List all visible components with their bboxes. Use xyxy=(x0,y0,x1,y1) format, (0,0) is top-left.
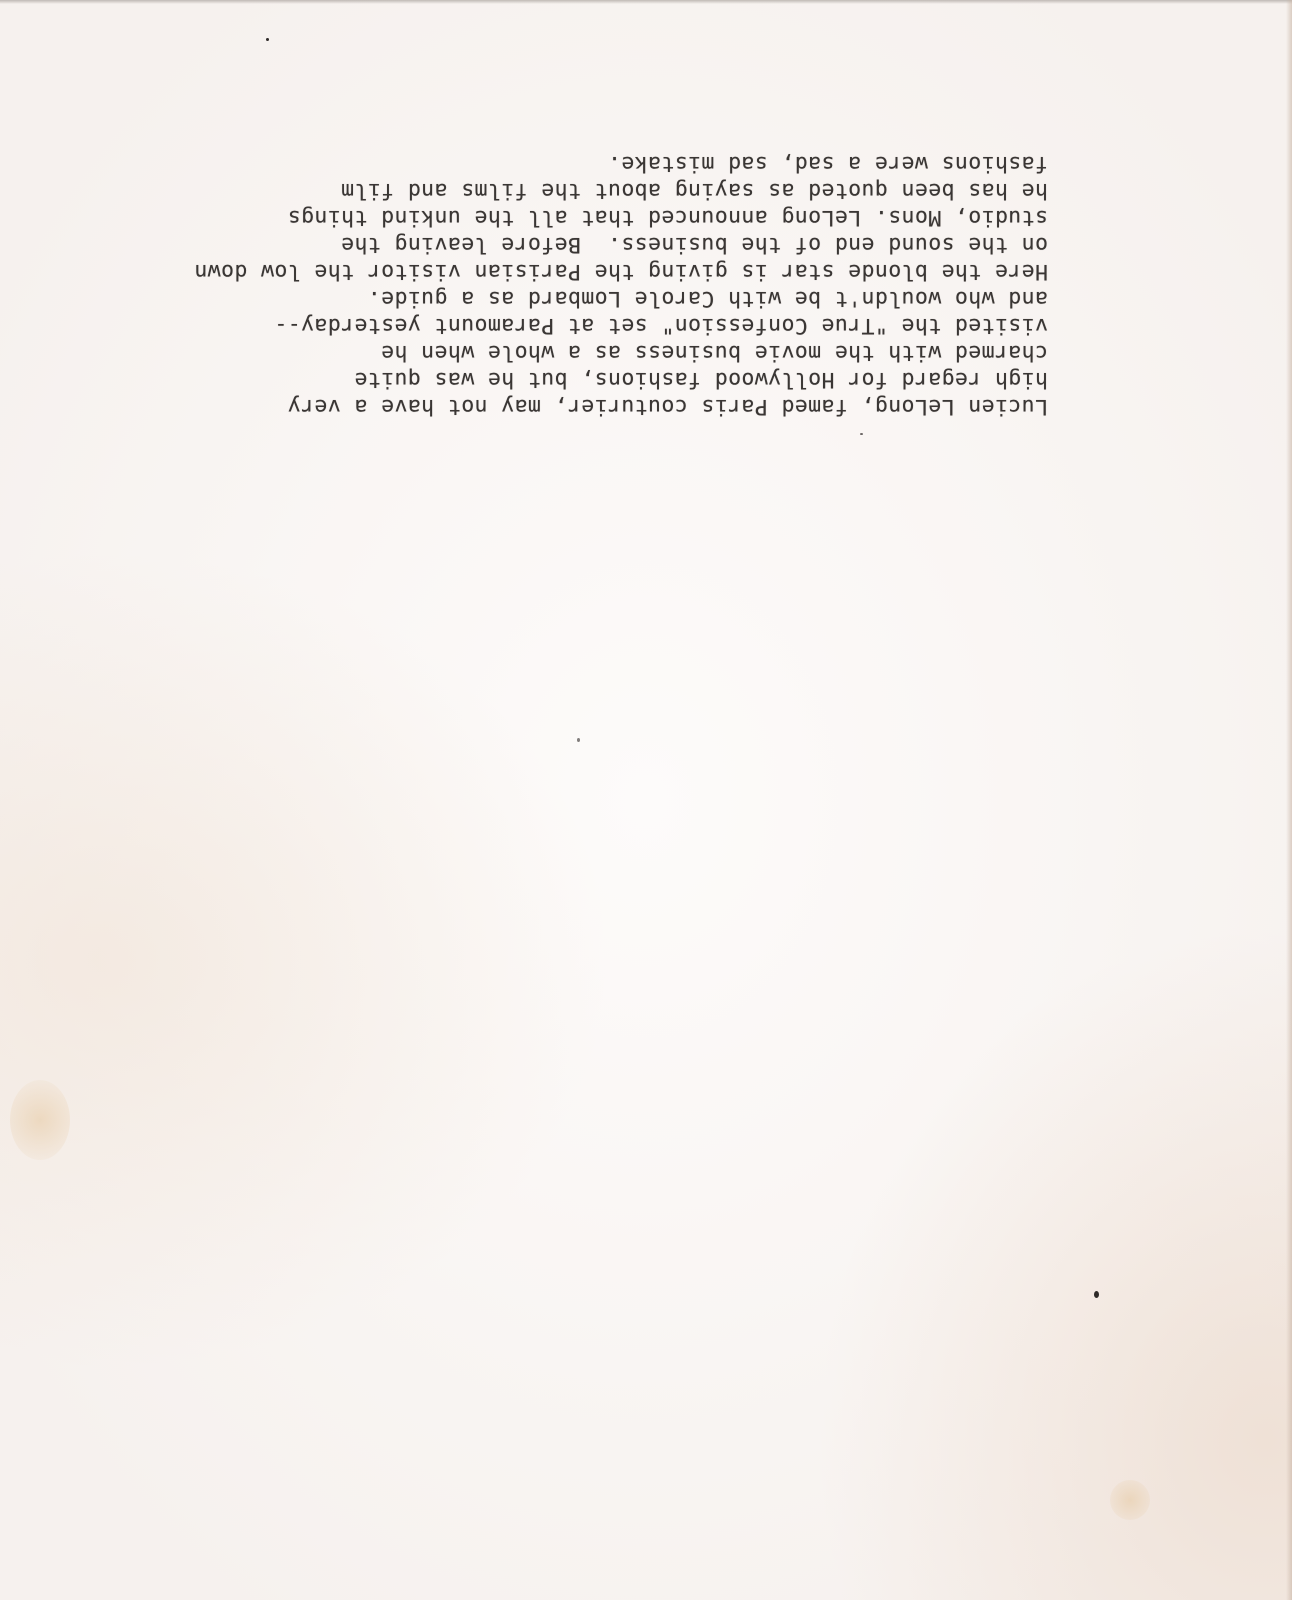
ink-speck xyxy=(266,38,269,41)
paper-edge-right xyxy=(1286,0,1292,1600)
text-line: fashions were a sad, sad mistake. xyxy=(608,150,1048,177)
text-line: high regard for Hollywood fashions, but … xyxy=(354,366,1048,393)
ink-speck xyxy=(1094,1291,1099,1298)
text-line: he has been quoted as saying about the f… xyxy=(341,177,1048,204)
text-line: visited the "True Confession" set at Par… xyxy=(274,312,1048,339)
paper-stain xyxy=(1110,1480,1150,1520)
text-line: and who wouldn't be with Carole Lombard … xyxy=(367,285,1048,312)
typewritten-text-block: Lucien LeLong, famed Paris couturier, ma… xyxy=(40,148,1060,420)
document-page: Lucien LeLong, famed Paris couturier, ma… xyxy=(0,0,1292,1600)
text-line: studio, Mons. LeLong announced that all … xyxy=(287,204,1048,231)
text-line: Here the blonde star is giving the Paris… xyxy=(194,258,1048,285)
text-line: charmed with the movie business as a who… xyxy=(381,339,1048,366)
ink-speck xyxy=(577,738,580,742)
text-line: on the sound end of the business. Before… xyxy=(341,231,1048,258)
paper-stain xyxy=(10,1080,70,1160)
ink-speck xyxy=(860,433,863,435)
paper-edge-top xyxy=(0,0,1292,4)
text-line: Lucien LeLong, famed Paris couturier, ma… xyxy=(287,393,1048,420)
